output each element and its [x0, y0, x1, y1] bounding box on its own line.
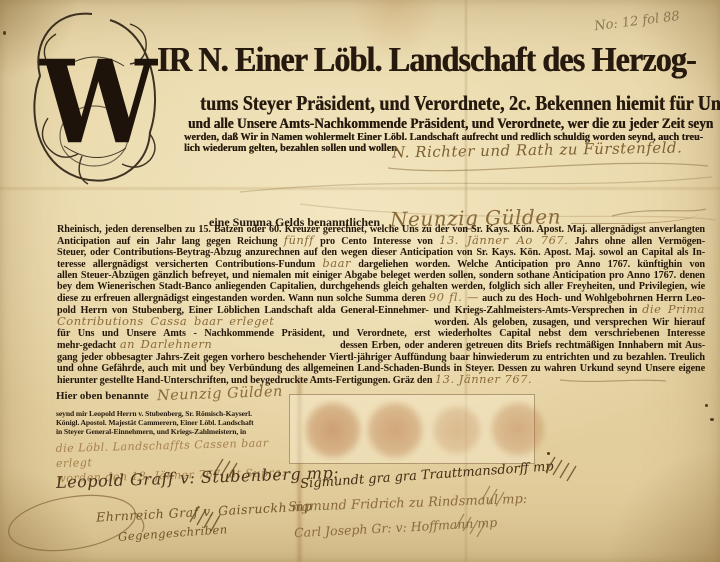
ink-speck: [705, 404, 708, 407]
handwritten-insert: 13. Jänner Ao 767.: [439, 233, 568, 247]
handwritten-insert: Contributions Cassa baar erleget: [57, 314, 274, 328]
heading-line-5: lich wiederum gelten, bezahlen sollen un…: [184, 142, 397, 154]
printed-text: dargeliehen worden. Welche Anticipation …: [358, 259, 705, 270]
body-line: Anticipation auf ein Jahr lang gegen Rei…: [57, 235, 705, 247]
receipt-small-line-3: in Steyer General-Einnehmern, und Kriegs…: [56, 427, 268, 436]
receipt-intro-line: Hier oben benannte Neunzig Gülden: [56, 386, 283, 402]
heading-line-1: IR N. Einer Löbl. Landschaft des Herzog-: [157, 42, 696, 77]
body-line: Contributions Cassa baar erleget worden.…: [57, 316, 705, 328]
receipt-amount-handwritten: Neunzig Gülden: [156, 384, 282, 404]
blank-space: [216, 347, 336, 348]
heading-line-2: tums Steyer Präsident, und Verordnete, 2…: [200, 93, 720, 115]
handwritten-insert: an Darlehnern: [120, 337, 212, 351]
printed-text: Anticipation auf ein Jahr lang gegen Rei…: [57, 236, 277, 247]
printed-text: bey dem Wienerischen Stadt-Banco anliege…: [57, 281, 705, 292]
handwritten-insert: fünff: [284, 233, 314, 247]
handwritten-insert: baar: [322, 256, 351, 270]
blank-space: [279, 324, 429, 325]
signature-countersign-1: Ehrnreich Graf v. Gaisruckh mp: [96, 498, 313, 524]
printed-text: und ohne Gefährde, auch mit und bey Verb…: [57, 363, 705, 374]
printed-text: pro Cento Interesse von: [320, 236, 433, 247]
handwritten-debtor-name: N. Richter und Rath zu Fürstenfeld.: [392, 138, 683, 161]
body-line: und ohne Gefährde, auch mit und bey Verb…: [57, 363, 705, 374]
receipt-small-line-2: Königl. Apostol. Majestät Cammerern, Ein…: [56, 418, 268, 427]
historical-document-scan: No: 12 fol 88 W IR N. Einer Löbl. Landsc…: [0, 0, 720, 562]
printed-text: gang jeder obbesagter Jahrs-Zeit gegen v…: [57, 352, 705, 363]
seal-panel: [289, 394, 535, 464]
ink-speck: [710, 418, 714, 421]
body-line: Rheinisch, jeden derenselben zu 15. Batz…: [57, 224, 705, 235]
receipt-intro-print: Hier oben benannte: [56, 390, 149, 402]
ornate-initial-w: W: [26, 6, 164, 192]
initial-w-flourish-graphic: W: [26, 6, 164, 192]
printed-text: worden. Als geloben, zusagen, und verspr…: [434, 317, 705, 328]
body-line: mehr-gedacht an Darlehnern dessen Erben,…: [57, 339, 705, 351]
receipt-small-line-1: seynd mir Leopold Herrn v. Stubenberg, S…: [56, 409, 268, 418]
printed-text: teresse allergnädigst versicherten Contr…: [57, 259, 315, 270]
svg-text:W: W: [39, 34, 159, 169]
wax-seal-impression: [304, 400, 362, 460]
body-line: teresse allergnädigst versicherten Contr…: [57, 258, 705, 270]
body-line: gang jeder obbesagter Jahrs-Zeit gegen v…: [57, 352, 705, 363]
signature-right-2: Sigmund Fridrich zu Rindsmaul mp:: [288, 492, 528, 515]
body-line: allen Steuer-Abzügen gänzlich befreyet, …: [57, 270, 705, 281]
flourish-dash: [571, 213, 699, 224]
archive-folio-notation: No: 12 fol 88: [594, 5, 715, 35]
wax-seal-impression: [366, 400, 424, 460]
document-body-text: Rheinisch, jeden derenselben zu 15. Batz…: [57, 224, 705, 386]
body-line: diese zu erfreuen allergnädigst eingesta…: [57, 292, 705, 304]
printed-text: Jahrs ohne allen Vermögen-: [575, 236, 705, 247]
wax-seal-impression: [490, 400, 546, 458]
wax-seal-impression: [432, 404, 482, 456]
printed-text: hierunter gestellte Hand-Unterschriften,…: [57, 375, 432, 386]
body-line: hierunter gestellte Hand-Unterschriften,…: [57, 374, 705, 386]
body-line: bey dem Wienerischen Stadt-Banco anliege…: [57, 281, 705, 292]
printed-text: dessen Erben, oder anderen getreuen dits…: [340, 340, 705, 351]
ink-speck: [547, 452, 550, 455]
body-line: Steuer, oder Contributions-Beytrag-Abzug…: [57, 247, 705, 258]
printed-text: allen Steuer-Abzügen gänzlich befreyet, …: [57, 270, 705, 281]
signature-countersign-2: Gegengeschriben: [118, 522, 228, 544]
printed-text: mehr-gedacht: [57, 340, 116, 351]
printed-text: Steuer, oder Contributions-Beytrag-Abzug…: [57, 247, 705, 258]
handwritten-insert: 90 fl. —: [429, 290, 479, 304]
handwritten-insert: 13. Jänner 767.: [435, 372, 532, 386]
receipt-small-print: seynd mir Leopold Herrn v. Stubenberg, S…: [56, 409, 268, 436]
handwritten-insert: die Prima: [642, 302, 705, 316]
printed-text: Rheinisch, jeden derenselben zu 15. Batz…: [57, 224, 705, 235]
ink-speck: [3, 31, 6, 35]
printed-text: diese zu erfreuen allergnädigst eingesta…: [57, 293, 426, 304]
